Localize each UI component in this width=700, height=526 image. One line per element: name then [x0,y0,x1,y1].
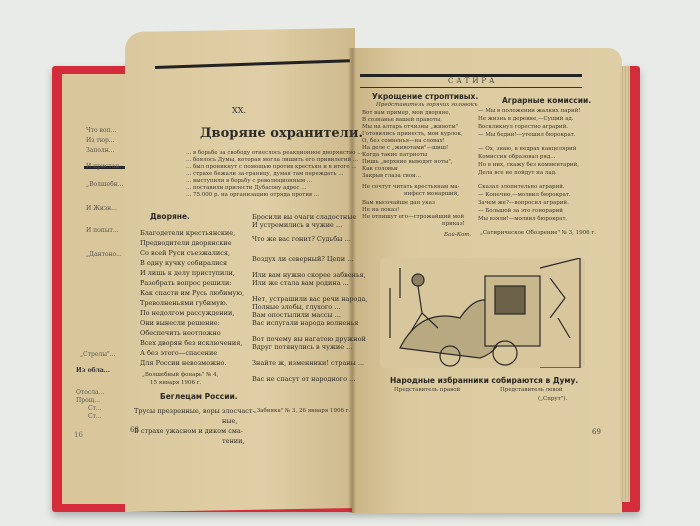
underlying-text-8: „Дантоно... [86,250,122,260]
poem-line: Воскликнул горестно аграрий. [478,124,568,131]
poem-heading-dvoryane: Дворяне. [150,212,190,221]
poem-line: И устремились в чужие ... [252,220,342,230]
poem-line: Не сочтут читать крестьянам ма- [362,184,460,191]
intro-line: ... поставили прилести Дубасову адрес ..… [186,185,306,192]
poem-date: 15 января 1906 г. [150,380,201,387]
caption-left-label: Представитель правой [394,387,460,394]
poem-heading-ukroschenie: Укрощение строптивых. [372,92,478,101]
underlying-text-7: И попыт... [86,226,119,236]
poem-source: „Волшебный фонарь" № 4, [142,372,218,379]
poem-line: Со всей Руси съезжалися, [140,248,230,258]
poem-line: нифест монарший, [404,191,459,198]
poem-line: тении, [222,436,245,446]
underlying-text-3: Заполн... [86,146,114,156]
poem-line: приказ! [442,221,465,228]
running-header: САТИРА [448,77,497,85]
intro-line: ... был проникнут с помощью против крест… [186,164,357,171]
poem-heading-beglecam: Беглецам России. [160,392,238,401]
poem-line: Трусы презренные, воры злосчаст- [134,406,255,416]
poem-line: Благодетели крестьянские, [140,228,235,238]
poem-heading-agrarnye: Аграрные комиссии. [502,96,591,105]
poem-line: Зачем же?—вопросил аграрий. [478,200,569,207]
poem-line: Треволненьями губимую. [140,298,228,308]
poem-line: Что же вас гонит? Судьбы ... [252,234,351,244]
poem-line: ные, [222,416,237,426]
intro-line: ... выступили в борьбу с революционным .… [186,178,312,185]
poem-line: Вдруг потянулись в чужие ... [252,342,352,352]
poem-line: Воздух ли северный? Цепи ... [252,254,353,264]
intro-line: ... 75.000 р. на организацию отряда прот… [186,192,319,199]
poem-line: Или же стала вам родина ... [252,278,349,288]
underlying-text-10: Из обла... [76,366,110,376]
poem-source: „Сатирическое Обозрение" № 3, 1906 г. [480,230,596,237]
poem-line: Мы взяли!—молвил бюрократ. [478,216,567,223]
poem-line: О, без сомненья—на словах! [362,138,445,145]
poem-line: Вам высочайше дан указ [362,200,435,207]
illustration-caption: Народные избранники собираются в Думу. [390,376,578,385]
poem-line: Закрыв глаза свои... [362,173,421,180]
intro-line: ... страхе бежали за-границу, думая там … [186,171,343,178]
left-page-number: 68 [130,426,139,434]
intro-line: ... в борьбе за свободу отнеслось реакци… [186,150,362,157]
poem-line: Не жизнь в деревне,—Сущий ад. [478,116,574,123]
poem-line: Когда такие патриоты [362,152,427,159]
underlying-text-5: „Волшебн... [86,180,123,190]
poem-line: Комиссия образовал ряд... [478,154,556,161]
right-header-underline [360,87,582,88]
poem-line: Обеспечить неотложно [140,328,221,338]
intro-line: ... боялось Думы, которая могла лишить е… [186,157,358,164]
poem-line: В одну кучку собиралися [140,258,227,268]
underlying-text-14: Ст... [88,412,102,422]
poem-line: По недолгом рассуждении, [140,308,234,318]
poem-line: Не на показ! [362,207,399,214]
poem-line: А без этого—спасение [140,348,217,358]
right-page-number: 69 [592,428,601,436]
poem-line: Всех дворян без исключения, [140,338,242,348]
poem-line: Мы на алтарь отчизны „животы" [362,124,458,131]
poem-line: Дела все не пойдут на лад. [478,170,557,177]
article-title: Дворяне охранители. [200,126,363,141]
poem-author: Бай-Кот. [444,232,471,239]
poem-line: В сознанье вашей правоты, [362,117,442,124]
caption-right-label: Представитель левой [500,387,562,394]
poem-line: Они вынесли решение: [140,318,220,328]
underlying-text-2: Из тюр... [86,136,115,146]
underlying-text-1: Что воп... [86,126,116,136]
poem-source: „Забияка" № 3, 26 января 1906 г. [254,408,350,415]
poem-line: Вот вам пример, мои дворяне, [362,110,450,117]
poem-line: Вас испугали народа волненья [252,318,358,328]
page-edges [620,66,630,502]
poem-line: В страхе ужасном и диком сма- [134,426,243,436]
poem-line: — Конечно,—молвил бюрократ. [478,192,571,199]
poem-line: Пишь „верхние выводят ноты", [362,159,453,166]
carriage-drawing-icon [380,258,585,368]
poem-line: Как спасти им Русь любимую, [140,288,244,298]
caption-source: („Спрут"). [538,396,567,403]
caricature-illustration [380,258,585,368]
poem-line: Как соловьи [362,166,398,173]
poem-line: — Большой за это гонорарий [478,208,563,215]
poem-line: Но в них, скажу без комментарий, [478,162,579,169]
poem-line: — Ох, знаю, в недрах канцелярий [478,146,576,153]
poem-subtitle: Представитель горячих головокъ [376,102,478,109]
poem-line: Для России невозможно. [140,358,226,368]
book-gutter [348,48,356,513]
underlying-text-9: „Стрелы"... [80,350,115,360]
underlying-page-number: 16 [74,430,83,440]
poem-line: Предводители дворянские [140,238,232,248]
poem-line: Вас не спасут от народного ... [252,374,355,384]
poem-line: — Мы бедни!—утешил бюрократ. [478,132,576,139]
section-number: XX. [232,106,246,115]
poem-line: И лишь к делу приступили, [140,268,235,278]
underlying-text-6: И Жизн... [86,204,117,214]
poem-line: Не отпишут его—строжайший мой [362,214,464,221]
underlying-text-4: И пристан... [86,162,125,172]
poem-line: — Мы в положении жалких парий! [478,108,581,115]
poem-line: Сказал злопительно аграрий. [478,184,565,191]
poem-line: Готовились принесть, мои курлок, [362,131,463,138]
poem-line: На деле с „животами"—шиш! [362,145,448,152]
poem-line: Разобрать вопрос решили: [140,278,232,288]
